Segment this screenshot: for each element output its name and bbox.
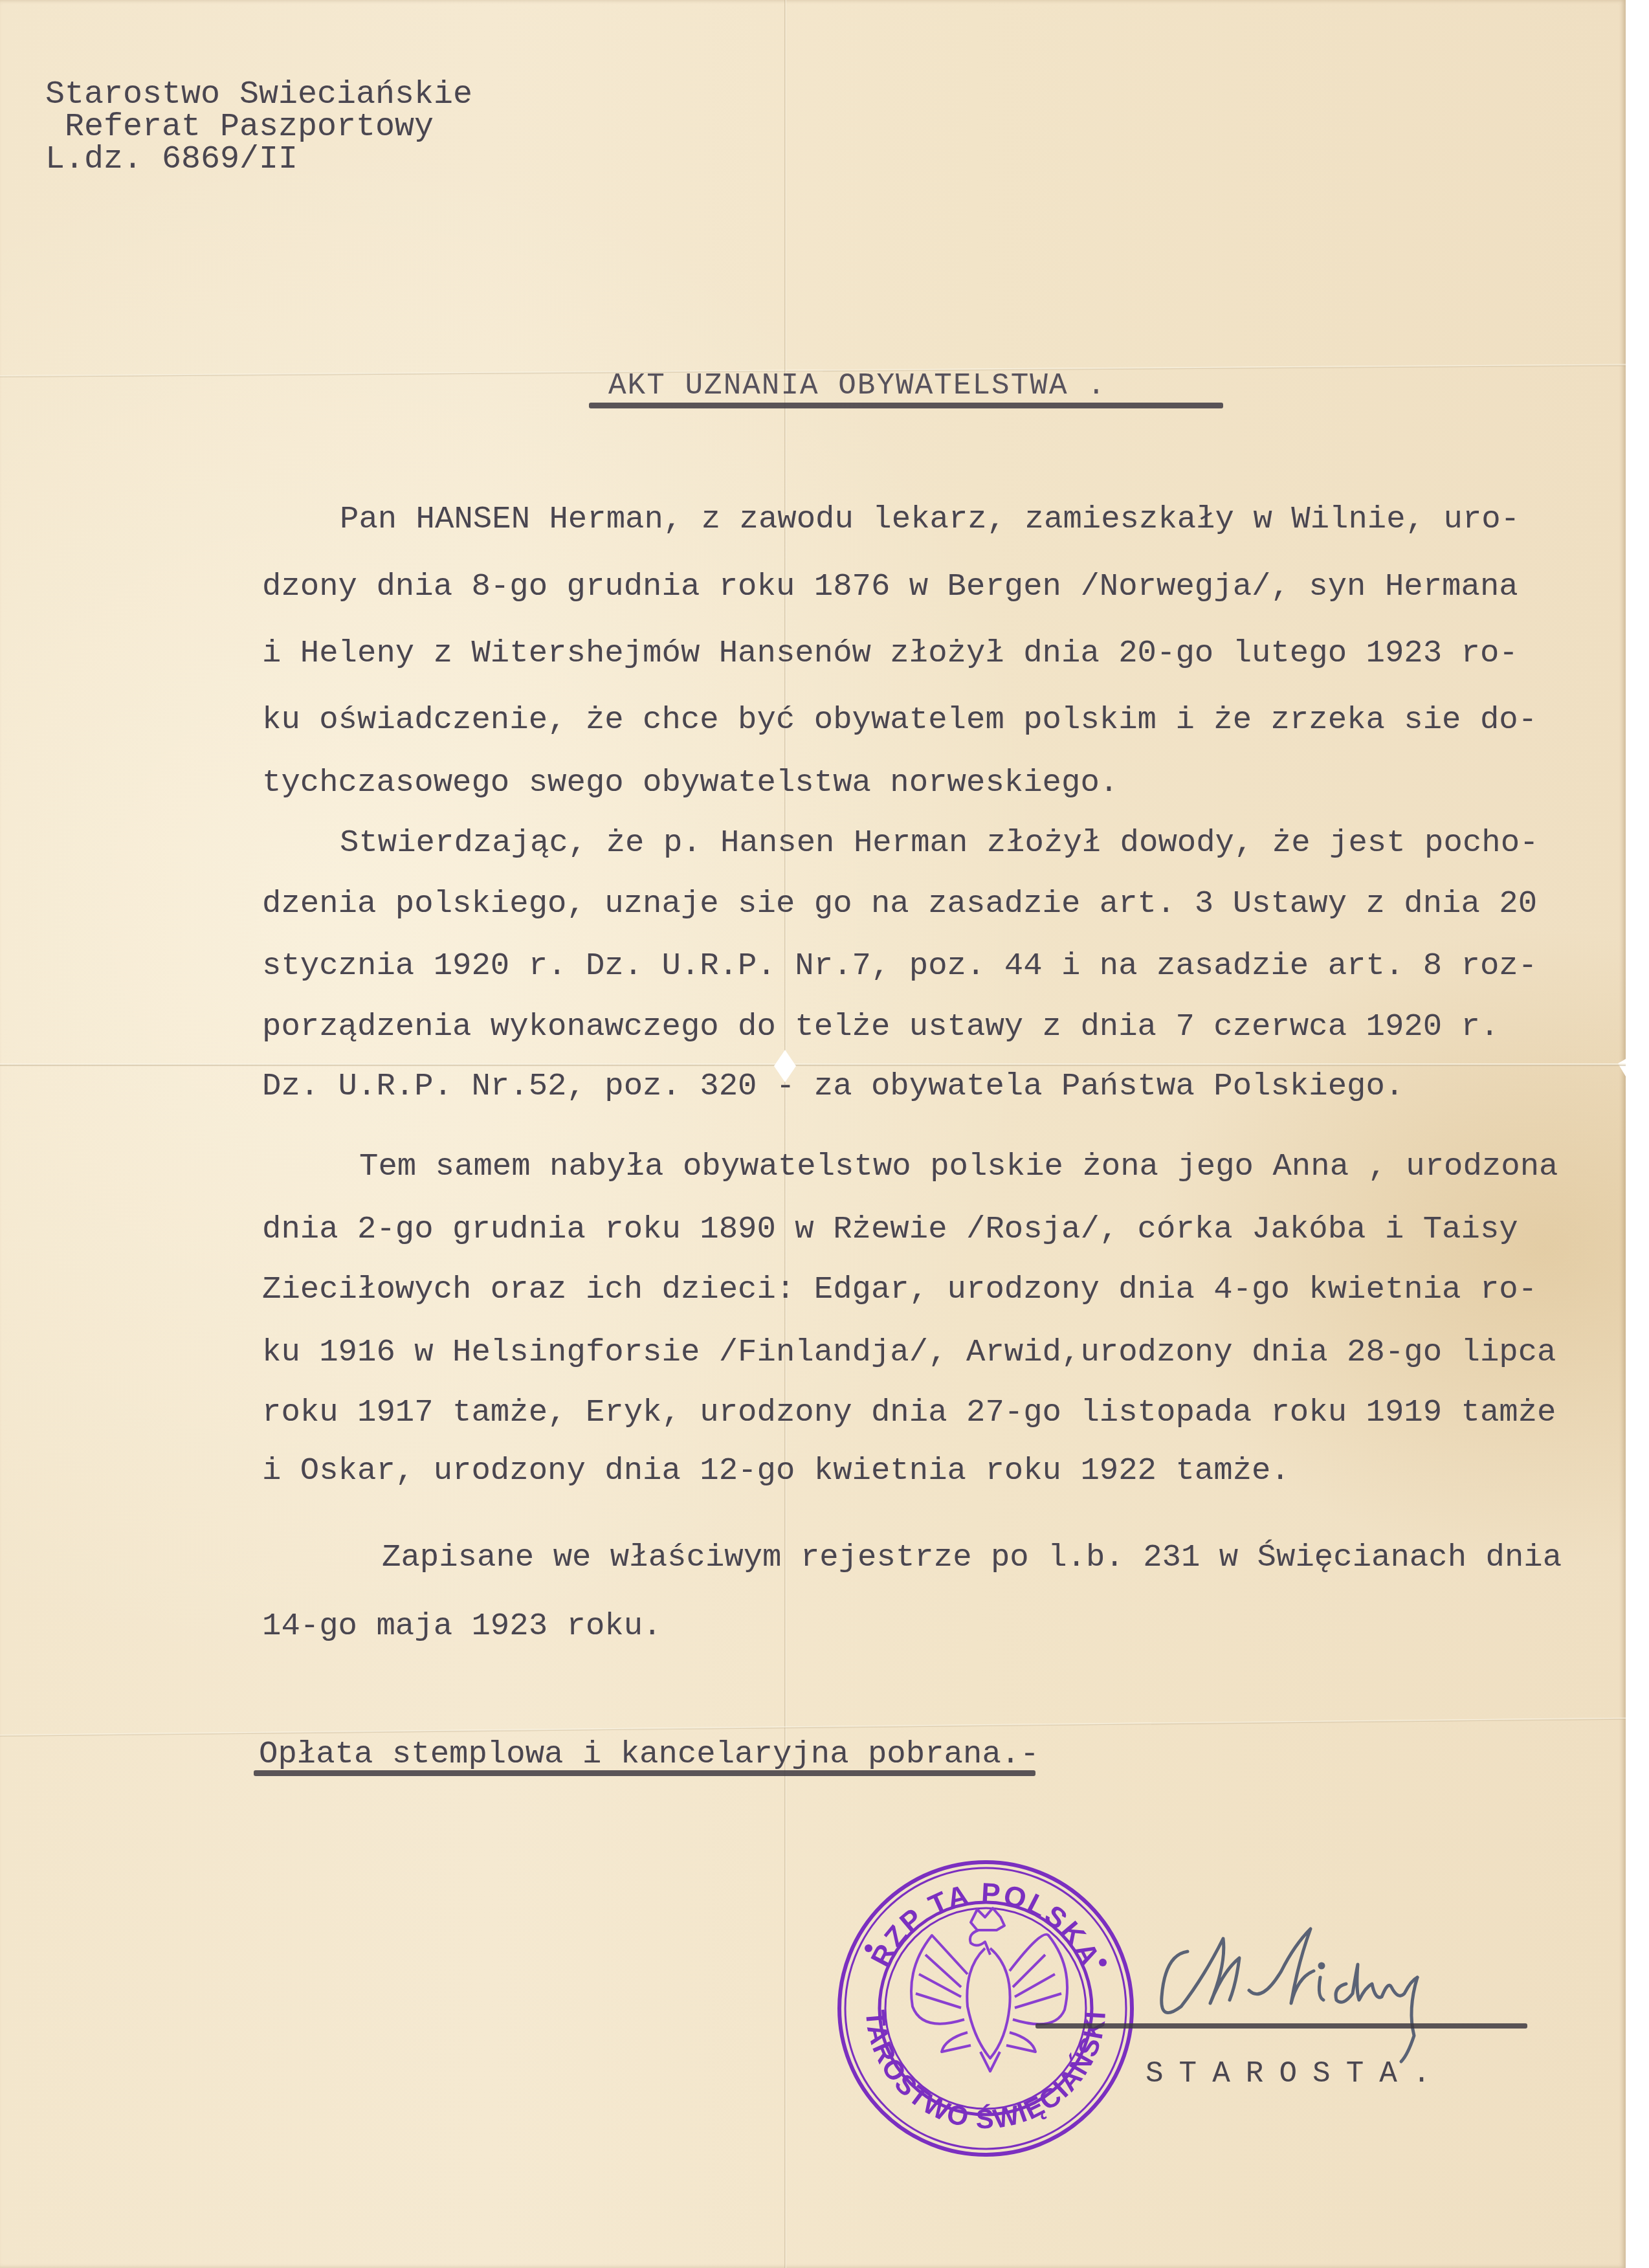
document-title: AKT UZNANIA OBYWATELSTWA .: [608, 369, 1107, 403]
body-line: ku oświadczenie, że chce być obywatelem …: [262, 700, 1537, 739]
body-line: dzony dnia 8-go grudnia roku 1876 w Berg…: [262, 567, 1518, 606]
body-line: i Oskar, urodzony dnia 12-go kwietnia ro…: [262, 1451, 1290, 1490]
signatory-title: STAROSTA.: [1145, 2057, 1446, 2091]
signature-line: [1035, 2023, 1527, 2029]
body-line: i Heleny z Witershejmów Hansenów złożył …: [262, 634, 1518, 673]
official-stamp: RZP TA POLSKA STAROSTWO ŚWIĘCIAŃSKIE: [835, 1858, 1136, 2159]
body-line: porządzenia wykonawczego do telże ustawy…: [262, 1007, 1499, 1046]
body-line: dzenia polskiego, uznaje sie go na zasad…: [262, 884, 1537, 923]
fold-crease-horizontal: [0, 1063, 1626, 1066]
body-line: ku 1916 w Helsingforsie /Finlandja/, Arw…: [262, 1333, 1556, 1372]
signature: [1152, 1926, 1463, 2065]
fold-crease-vertical: [784, 0, 786, 2268]
header-office: Starostwo Swieciańskie: [45, 79, 472, 111]
body-line: Tem samem nabyła obywatelstwo polskie żo…: [359, 1147, 1558, 1186]
body-line: dnia 2-go grudnia roku 1890 w Rżewie /Ro…: [262, 1210, 1518, 1249]
fee-note-underline: [254, 1770, 1035, 1776]
header-department: Referat Paszportowy: [65, 111, 434, 144]
stamp-seal-icon: RZP TA POLSKA STAROSTWO ŚWIĘCIAŃSKIE: [835, 1858, 1136, 2159]
fee-note: Opłata stemplowa i kancelaryjna pobrana.…: [259, 1735, 1039, 1773]
handwritten-signature-icon: [1152, 1926, 1463, 2065]
body-line: stycznia 1920 r. Dz. U.R.P. Nr.7, poz. 4…: [262, 946, 1537, 985]
body-line: Dz. U.R.P. Nr.52, poz. 320 - za obywatel…: [262, 1067, 1404, 1106]
body-line: roku 1917 tamże, Eryk, urodzony dnia 27-…: [262, 1393, 1556, 1432]
svg-text:RZP TA POLSKA: RZP TA POLSKA: [865, 1877, 1106, 1972]
header-reference: L.dz. 6869/II: [45, 144, 298, 176]
body-line: 14-go maja 1923 roku.: [262, 1606, 662, 1645]
title-underline: [589, 403, 1223, 408]
body-line: tychczasowego swego obywatelstwa norwesk…: [262, 763, 1118, 802]
body-line: Pan HANSEN Herman, z zawodu lekarz, zami…: [340, 500, 1520, 539]
body-line: Stwierdzając, że p. Hansen Herman złożył…: [340, 823, 1539, 862]
body-line: Zieciłowych oraz ich dzieci: Edgar, urod…: [262, 1270, 1537, 1309]
body-line: Zapisane we właściwym rejestrze po l.b. …: [382, 1538, 1562, 1577]
